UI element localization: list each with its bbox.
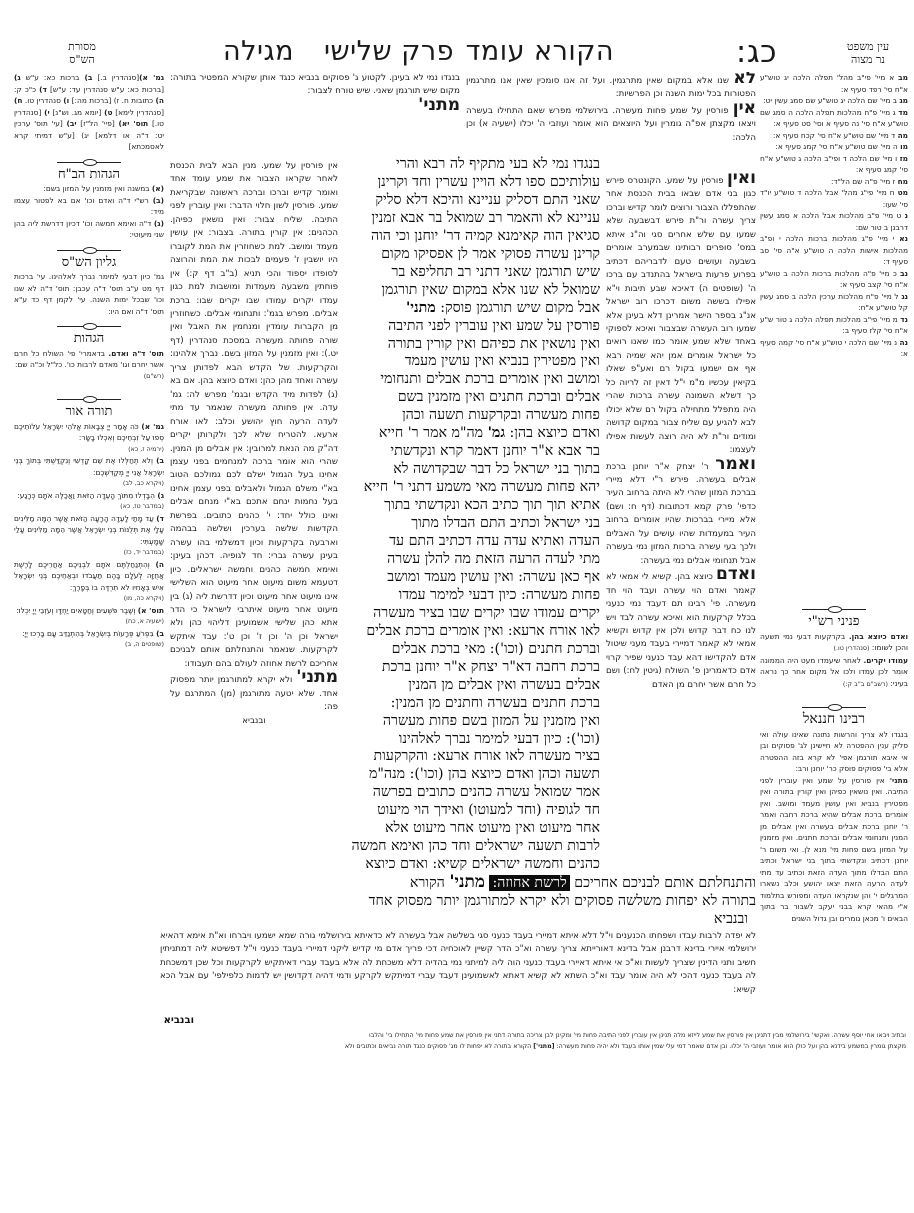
entry-text: ל מיי' פ"ח מהלכות ערכין הלכה ב סמג עשין … bbox=[760, 292, 908, 313]
dibur-hamatchil: ואין bbox=[727, 172, 756, 188]
entry-text: רש"י ד"ה ואדם וכו' אם בא לפטור עצמו מיד: bbox=[14, 196, 164, 217]
verse-text: עַד מָתַי לָעֵדָה הָרָעָה הַזֹּאת אֲשֶׁר… bbox=[14, 514, 164, 546]
rashi-text: אין פורסין על שמע. מנין הבא לבית הכנסת ל… bbox=[170, 160, 338, 671]
entry-mark: תוס' א) bbox=[138, 606, 164, 615]
tosafot-bottom: לא יפדה לרבות עבדו ושפחתו הכנענים וי"ל ד… bbox=[160, 930, 756, 1010]
entry-mark: ד) bbox=[156, 514, 164, 523]
gemara-bottom-lines: והתנחלתם אותם לבניכם אחריכם לרשת אחוזה: … bbox=[338, 874, 756, 932]
footer-text: הקורא בתורה לא יפחות לו מג' פסוקים כנגד … bbox=[345, 1043, 531, 1050]
entry-text: נ מיי' שם הלכה י טוש"ע א"ח סי' קמה סעיף … bbox=[760, 338, 908, 359]
entry-mark: (ב) bbox=[153, 196, 164, 205]
dibur-hamatchil: לא bbox=[733, 72, 756, 88]
ein-mishpat-entry: נא י מיי' פ"ג מהלכות ברכות הלכה י ופ"ב מ… bbox=[760, 233, 908, 268]
gemara-line: ואין מזמנין על המזון בשם פחות מעשרה bbox=[338, 713, 600, 731]
gemara-line: ואין נושאין את כפיהם ואין קורין בתורה bbox=[338, 336, 600, 354]
tosafot-paragraph: ואדם כיוצא בהן. קשיא לי אמאי לא קאמר ואד… bbox=[606, 568, 756, 692]
footer-catchword: ובנביא bbox=[154, 1008, 194, 1024]
entry-mark: מו bbox=[900, 142, 908, 151]
gemara-line: ובנביא bbox=[338, 911, 756, 929]
ein-mishpat-entry: נב כ מיי' פ"ה מהלכות ברכות הלכה ב טוש"ע … bbox=[760, 268, 908, 291]
gemara-line: בתורה לא יפחות משלשה פסוקים ולא יקרא למת… bbox=[338, 893, 756, 911]
entry-mark: ה) bbox=[156, 560, 164, 569]
gemara-line: לאו אורח ארעא: ואין אומרים ברכת אבלים bbox=[338, 623, 600, 641]
gemara-line: פורסין על שמע ואין עוברין לפני התיבה bbox=[338, 318, 600, 336]
ornament-divider-icon bbox=[57, 247, 121, 253]
entry-text: [יומא מג. וש"נ] bbox=[52, 108, 101, 117]
ein-mishpat-entry: מו ה מיי' שם טוש"ע א"ח סי' קמג סעיף א: bbox=[760, 141, 908, 153]
entry-text: י מיי' פ"ג מהלכות ברכות הלכה י ופ"ב מהלכ… bbox=[760, 234, 908, 266]
gemara-line: ואין מפטירין בנביא ואין עושין מעמד bbox=[338, 353, 600, 371]
gemara-line: ואדם כיוצא בהן: גמ' מה"מ אמר ר' חייא bbox=[338, 425, 600, 443]
entry-text: ד"ה ואימא חמשה וכו' דכיון דדרשת ליה בהן … bbox=[14, 219, 164, 240]
gemara-line: בציר מעשרה לאו אורח ארעא: והקרקעות bbox=[338, 748, 600, 766]
footer-line: ובתיב ויבאו אחי יוסף עשרה. ואקשי' בירושל… bbox=[8, 1030, 906, 1041]
gilyon-hashas-title: גליון הש"ס bbox=[14, 257, 164, 269]
ein-mishpat-entry: מב א מיי' פי"ב מהל' תפלה הלכה יג טוש"ע א… bbox=[760, 72, 908, 95]
gemara-line: אמר שמואל עשרה כהנים כתובים בפרשה bbox=[338, 784, 600, 802]
entry-mark: נד bbox=[900, 315, 908, 324]
gemara-line: פחות מעשרה: כיון דבעי למימר עמדו bbox=[338, 587, 600, 605]
mesoret-label-line1: מסורת bbox=[52, 40, 112, 53]
entry-mark: י) bbox=[44, 108, 50, 117]
right-margin-lower: פניני רש"י ואדם כיוצא בהן. בקרקעות דבעי … bbox=[760, 600, 908, 1200]
entry-text: ו מיי' שם הלכה ד ופי"ב הלכה ג טוש"ע א"ח … bbox=[760, 154, 908, 175]
entry-text: ז מיי' פ"ה שם הל"ד: bbox=[831, 177, 895, 186]
ein-mishpat-entry: נ ט מיי' פ"ב מהלכות אבל הלכה א סמג עשין … bbox=[760, 210, 908, 233]
gemara-line: יקרים עמודו שבו יקרים שבו בציר מעשרה bbox=[338, 605, 600, 623]
entry-source: (רש"ם) bbox=[14, 371, 164, 383]
gemara-line: תשעה וכהן ואדם כיוצא בהן (וכו'): מנה"מ bbox=[338, 766, 600, 784]
ein-mishpat-label: עין משפט נר מצוה bbox=[836, 40, 900, 66]
ornament-divider-icon bbox=[802, 606, 866, 612]
ein-mishpat-entry: נד מ מיי' פי"ב מהלכות תפלה הלכה ג טור ש"… bbox=[760, 314, 908, 337]
footer-text: מקצתן גומרין במשמע בידנא בהן ועל כולן הו… bbox=[557, 1043, 906, 1050]
gemara-label: גמ' bbox=[488, 425, 505, 441]
ein-mishpat-entry: מט ח מיי' פי"ג מהל' אבל הלכה ד טוש"ע יו"… bbox=[760, 187, 908, 210]
gemara-line: העדה ואתיא עדה עדה דכתיב התם עד bbox=[338, 533, 600, 551]
entry-text: סנהדרין טו. bbox=[25, 96, 61, 105]
verse-source: (ירמיה ז, כא) bbox=[14, 444, 164, 456]
torah-or-entry: ג) הִבָּדְלוּ מִתּוֹךְ הָעֵדָה הַזֹּאת ו… bbox=[14, 490, 164, 513]
gemara-line: בני ישראל וכתיב התם הבדלו מתוך bbox=[338, 515, 600, 533]
ornament-divider-icon bbox=[57, 159, 121, 165]
gemara-line: שיש תורגמן שאני דתני רב תחליפא בר bbox=[338, 264, 600, 282]
hagahot-bach-title: הגהות הב"ח bbox=[14, 169, 164, 181]
gemara-line: כהנים וחמשה ישראלים קשיא: ואדם כיוצא bbox=[338, 856, 600, 874]
tosafot-text: פורסין על שמע. הקונטרס פירש כגון בני אדם… bbox=[606, 176, 756, 455]
ornament-divider-icon bbox=[802, 704, 866, 710]
torah-or-entry: ה) וְהִתְנַחַלְתֶּם אֹתָם לִבְנֵיכֶם אַח… bbox=[14, 559, 164, 605]
pnei-rashi-entry: עמודו יקרים. לאחר שיעמדו מעט היה הממונה … bbox=[760, 655, 908, 691]
left-margin-column: גמ' א)[סנהדרין ב.] ב) ברכות כא: ע"ש ג) [… bbox=[14, 72, 164, 1072]
tosafot-text: כיוצא בהן. קשיא לי אמאי לא קאמר ואדם הוי… bbox=[606, 572, 756, 690]
entry-text: ברכות כא: ע"ש bbox=[26, 73, 80, 82]
rabbenu-chananel-text-2: מתני' אין פורסין על שמע ואין עוברין לפני… bbox=[760, 775, 908, 925]
verse-text: בִּפְרֹעַ פְּרָעוֹת בְּיִשְׂרָאֵל בְּהִת… bbox=[22, 629, 154, 638]
entry-mark: ב) bbox=[156, 629, 164, 638]
gemara-text: והתנחלתם אותם לבניכם אחריכם bbox=[574, 875, 756, 891]
gemara-text: הקורא bbox=[410, 875, 445, 891]
gemara-line: אבל מקום שיש תורגמן פוסק: מתני' bbox=[338, 300, 600, 318]
entry-mark: ד) bbox=[39, 85, 47, 94]
rashi-mishnah: מתני' bbox=[170, 99, 460, 115]
mishnah-label: מתני' bbox=[890, 776, 908, 785]
gemara-line: אבלים וברכת חתנים ואין מזמנין בשם bbox=[338, 389, 600, 407]
entry-mark: נה bbox=[900, 338, 908, 347]
verse-text: וְלֹא תְחַלְּלוּ אֶת שֵׁם קָדְשִׁי וְנִק… bbox=[14, 456, 164, 477]
hagahot-bach-entry: (ג) ד"ה ואימא חמשה וכו' דכיון דדרשת ליה … bbox=[14, 218, 164, 241]
gemara-line: אחר מיעוט ואין מיעוט אחר מיעוט אלא bbox=[338, 820, 600, 838]
mishnah-label: מתני' bbox=[449, 874, 485, 892]
tosafot-text: ר' יצחק א"ר יוחנן ברכת אבלים בעשרה. פירש… bbox=[606, 462, 756, 566]
entry-source: (רשב"ם ב"ב ק:) bbox=[843, 680, 888, 688]
hagahot-entry: תוס' ד"ה ואדם. בדאמרי' פי' השולח כל חרם … bbox=[14, 348, 164, 371]
entry-text: במשנה ואין מזמנין על המזון בשם: bbox=[43, 184, 149, 193]
entry-mark: ג) bbox=[157, 491, 164, 500]
ein-mishpat-label-line1: עין משפט bbox=[836, 40, 900, 53]
hagahot-bach-entry: (ב) רש"י ד"ה ואדם וכו' אם בא לפטור עצמו … bbox=[14, 195, 164, 218]
dibur-hamatchil: ואמר bbox=[715, 454, 756, 474]
dibur-hamatchil: אין bbox=[733, 98, 756, 118]
entry-mark: נ bbox=[905, 211, 908, 220]
perek-number: פרק שלישי bbox=[324, 36, 454, 68]
daf-number: כג: bbox=[736, 36, 777, 68]
torah-or-entry: גמ' א) כֹּה אָמַר יְיָ צְבָאוֹת אֱלֹהֵי … bbox=[14, 421, 164, 456]
entry-text: [פיי' הל"ז] bbox=[80, 119, 114, 128]
entry-heading: ואדם כיוצא בהן. bbox=[849, 632, 908, 641]
entry-text: ב מיי' שם הלכה יג טוש"ע שם סמג עשין יט: bbox=[763, 96, 897, 105]
mishnah-label: מתני' bbox=[296, 667, 338, 687]
entry-text: ה מיי' שם טוש"ע א"ח סי' קמג סעיף א: bbox=[775, 142, 897, 151]
mesoret-label-line2: הש"ס bbox=[52, 53, 112, 66]
gemara-line: שמואל לא שנו אלא במקום שאין תורגמן bbox=[338, 282, 600, 300]
catchword-text: ובנביא bbox=[164, 1015, 194, 1024]
tosafot-paragraph: לא שנו אלא במקום שאין מתרגמין. ועל זה אנ… bbox=[466, 72, 756, 102]
entry-mark: ה) bbox=[156, 96, 164, 105]
talmud-page: עין משפט נר מצוה כג: הקורא עומד פרק שליש… bbox=[0, 0, 914, 1213]
gemara-line: וברכת חתנים (וכו'): מאי ברכת אבלים bbox=[338, 641, 600, 659]
gemara-line: אף כאן עשרה: ואין עושין מעמד ומושב bbox=[338, 569, 600, 587]
verse-text: וְהִתְנַחַלְתֶּם אֹתָם לִבְנֵיכֶם אַחֲרֵ… bbox=[14, 560, 164, 592]
gemara-line: מתי לעדה הרעה הזאת מה להלן עשרה bbox=[338, 551, 600, 569]
entry-text: ג מיי' פ"ח מהלכות תפלה הלכה ה סמג שם טוש… bbox=[760, 108, 908, 129]
rabbenu-chananel-continued: אין פורסין על שמע ואין עוברין לפני התיבה… bbox=[760, 776, 908, 923]
verse-source: (ויקרא כב, לב) bbox=[14, 478, 164, 490]
highlighted-phrase: לרשת אחוזה: bbox=[489, 875, 569, 891]
entry-mark: ב) bbox=[156, 456, 164, 465]
entry-mark: גמ' א) bbox=[141, 422, 164, 431]
ein-mishpat-entry: מה ד מיי' שם טוש"ע א"ח סי' קכח סעיף א: bbox=[760, 130, 908, 142]
entry-mark: נג bbox=[901, 292, 908, 301]
mishnah-label: [מתני'] bbox=[533, 1043, 554, 1050]
gemara-line: פחות מעשרה ובקרקעות תשעה וכהן bbox=[338, 407, 600, 425]
entry-mark: נא bbox=[899, 234, 908, 243]
gemara-text: אבל מקום שיש תורגמן פוסק: bbox=[440, 300, 600, 316]
verse-source: (במדבר טז, כא) bbox=[14, 501, 164, 513]
perek-name: הקורא עומד bbox=[466, 36, 614, 68]
gemara-line: עניינא לא והאמר רב שמואל בר אבא זמנין bbox=[338, 210, 600, 228]
rashi-mishnah-2: מתני' ולא יקרא למתורגמן יותר מפסוק אחד. … bbox=[170, 671, 338, 714]
tosafot-paragraph: ואמר ר' יצחק א"ר יוחנן ברכת אבלים בעשרה.… bbox=[606, 458, 756, 569]
gemara-line: שאני התם דסליק עניינא והיכא דלא סליק bbox=[338, 192, 600, 210]
verse-text: הִבָּדְלוּ מִתּוֹךְ הָעֵדָה הַזֹּאת וַאֲ… bbox=[17, 491, 155, 500]
tosafot-paragraph: ואין פורסין על שמע. הקונטרס פירש כגון בנ… bbox=[606, 172, 756, 458]
entry-mark: נב bbox=[900, 269, 908, 278]
footer-line: מקצתן גומרין במשמע בידנא בהן ועל כולן הו… bbox=[8, 1041, 906, 1052]
entry-mark: ו) bbox=[63, 96, 69, 105]
rabbenu-chananel-text: בנגדו לא צריך והרשות נתונה שאינו עולה וא… bbox=[760, 729, 908, 775]
tosafot-paragraph: אין פורסין על שמע פחות מעשרה. בירושלמי מ… bbox=[466, 102, 756, 145]
ein-mishpat-entry: נה נ מיי' שם הלכה י טוש"ע א"ח סי' קמה סע… bbox=[760, 337, 908, 360]
gemara-line: ברכת רחבה דא"ר יצחק א"ר יוחנן ברכת bbox=[338, 659, 600, 677]
entry-mark: מב bbox=[898, 73, 908, 82]
ornament-divider-icon bbox=[57, 396, 121, 402]
entry-mark: ב) bbox=[84, 73, 92, 82]
entry-text: [ברכות כא: ע"ש סנהדרין עד: ע"ש] bbox=[50, 85, 164, 94]
gemara-line: סגיאין הוה קאימנא קמיה דר' יוחנן וכי הוה bbox=[338, 228, 600, 246]
ein-mishpat-entry: מז ו מיי' שם הלכה ד ופי"ב הלכה ג טוש"ע א… bbox=[760, 153, 908, 176]
verse-source: (ויקרא כה, מו) bbox=[14, 593, 164, 605]
entry-mark: גמ' א) bbox=[139, 73, 164, 82]
ein-mishpat-entry: נג ל מיי' פ"ח מהלכות ערכין הלכה ב סמג עש… bbox=[760, 291, 908, 314]
ein-mishpat-entry: מח ז מיי' פ"ה שם הל"ד: bbox=[760, 176, 908, 188]
mesoret-hashas-label: מסורת הש"ס bbox=[52, 40, 112, 66]
mishnah-label: מתני' bbox=[418, 95, 460, 115]
tosafot-text: שנו אלא במקום שאין מתרגמין. ועל זה אנו ס… bbox=[466, 76, 756, 99]
entry-text: ח מיי' פי"ג מהל' אבל הלכה ד טוש"ע יו"ד ס… bbox=[760, 188, 908, 209]
gemara-line: ברכת חתנים בעשרה וחתנים מן המנין: bbox=[338, 695, 600, 713]
entry-source: (סנהדרין טו.) bbox=[833, 644, 869, 652]
rashi-top: בנגדו נמי לא בעינן. לקטוע ג' פסוקים בנבי… bbox=[170, 72, 460, 160]
entry-mark: יב) bbox=[66, 119, 76, 128]
pnei-rashi-entry: ואדם כיוצא בהן. בקרקעות דבעי נמי תשעה וה… bbox=[760, 631, 908, 655]
gemara-line: עולותיכם ספו דלא הויין עשרין וחד וקרינן bbox=[338, 174, 600, 192]
gemara-line: אתיא תוך תוך כתיב הכא ונקדשתי בתוך bbox=[338, 497, 600, 515]
torah-or-entry: ד) עַד מָתַי לָעֵדָה הָרָעָה הַזֹּאת אֲש… bbox=[14, 513, 164, 559]
rabbenu-chananel-title: רבינו חננאל bbox=[760, 714, 908, 726]
entry-text: ט מיי' פ"ב מהלכות אבל הלכה א סמג עשין דר… bbox=[760, 211, 908, 232]
verse-source: (במדבר יד, כז) bbox=[14, 547, 164, 559]
hagahot-title: הגהות bbox=[14, 333, 164, 345]
verse-source: (ישעיה א, כח) bbox=[14, 616, 164, 628]
entry-mark: מג bbox=[899, 96, 908, 105]
dibur-hamatchil: ואדם bbox=[716, 564, 756, 584]
ein-mishpat-entry: מג ב מיי' שם הלכה יג טוש"ע שם סמג עשין י… bbox=[760, 95, 908, 107]
ornament-divider-icon bbox=[57, 323, 121, 329]
entry-mark: (א) bbox=[152, 184, 164, 193]
entry-text: ד מיי' שם טוש"ע א"ח סי' קכח סעיף א: bbox=[773, 131, 895, 140]
torah-or-title: תורה אור bbox=[14, 406, 164, 418]
entry-text: [סנהדרין ב.] bbox=[97, 73, 139, 82]
ein-mishpat-column: מב א מיי' פי"ב מהל' תפלה הלכה יג טוש"ע א… bbox=[760, 72, 908, 552]
gilyon-hashas-text: גמ' כיון דבעי למימר נברך לאלהינו. עי' בר… bbox=[14, 271, 164, 317]
rashi-text: בנגדו נמי לא בעינן. לקטוע ג' פסוקים בנבי… bbox=[170, 72, 460, 99]
entry-mark: ט) bbox=[104, 108, 112, 117]
torah-or-entry: תוס' א) וְשֶׁבֶר פֹּשְׁעִים וְחַטָּאִים … bbox=[14, 605, 164, 628]
entry-mark: תוס' יא) bbox=[118, 119, 148, 128]
tosafot-text: לא יפדה לרבות עבדו ושפחתו הכנענים וי"ל ד… bbox=[160, 930, 756, 997]
hagahot-bach-entry: (א) במשנה ואין מזמנין על המזון בשם: bbox=[14, 183, 164, 195]
gemara-line: בתוך בני ישראל כל דבר שבקדושה לא bbox=[338, 461, 600, 479]
entry-text: א מיי' פי"ב מהל' תפלה הלכה יג טוש"ע א"ח … bbox=[760, 73, 908, 94]
entry-mark: ג) bbox=[14, 73, 21, 82]
torah-or-entry: ב) וְלֹא תְחַלְּלוּ אֶת שֵׁם קָדְשִׁי וְ… bbox=[14, 455, 164, 490]
rashi-column: אין פורסין על שמע. מנין הבא לבית הכנסת ל… bbox=[170, 160, 338, 850]
verse-source: (שופטים ה, ב) bbox=[14, 639, 164, 651]
verse-text: וְשֶׁבֶר פֹּשְׁעִים וְחַטָּאִים יַחְדָּו… bbox=[16, 606, 135, 615]
masechet-name: מגילה bbox=[223, 36, 294, 68]
gemara-line: לרבות תשעה ישראלים וחד כהן ואימא חמשה bbox=[338, 838, 600, 856]
tosafot-column: ואין פורסין על שמע. הקונטרס פירש כגון בנ… bbox=[606, 172, 756, 832]
gemara-line: והתנחלתם אותם לבניכם אחריכם לרשת אחוזה: … bbox=[338, 874, 756, 893]
torah-or-entry: ב) בִּפְרֹעַ פְּרָעוֹת בְּיִשְׂרָאֵל בְּ… bbox=[14, 628, 164, 651]
tosafot-text: פורסין על שמע פחות מעשרה. בירושלמי מפרש … bbox=[466, 106, 756, 143]
entry-mark: מד bbox=[898, 108, 908, 117]
ein-mishpat-label-line2: נר מצוה bbox=[836, 53, 900, 66]
catchword: ובנביא bbox=[170, 715, 338, 728]
footer-rabbenu-chananel-continuation: ובתיב ויבאו אחי יוסף עשרה. ואקשי' בירושל… bbox=[8, 1030, 906, 1060]
pnei-rashi-title: פניני רש"י bbox=[760, 616, 908, 628]
gemara-line: (וכו'): כיון דבעי למימר נברך לאלהינו bbox=[338, 731, 600, 749]
gemara-text: מה"מ אמר ר' חייא bbox=[379, 425, 483, 441]
ein-mishpat-entry: מד ג מיי' פ"ח מהלכות תפלה הלכה ה סמג שם … bbox=[760, 107, 908, 130]
gemara-line: קרינן עשרה פסוקי אמר לן אפסיקו מקום bbox=[338, 246, 600, 264]
entry-text: [סנהדרין לימא] bbox=[115, 108, 164, 117]
entry-heading: עמודו יקרים. bbox=[863, 656, 908, 665]
entry-text: כ"כ ק: bbox=[14, 85, 36, 94]
entry-mark: מה bbox=[898, 131, 908, 140]
mesoret-hashas: גמ' א)[סנהדרין ב.] ב) ברכות כא: ע"ש ג) [… bbox=[14, 72, 164, 153]
gemara-line: ומושב ואין אומרים ברכת אבלים ותנחומי bbox=[338, 371, 600, 389]
entry-heading: תוס' ד"ה ואדם. bbox=[108, 349, 164, 358]
entry-text: כתובות ח. ז) [ברכות מה:] bbox=[72, 96, 153, 105]
entry-mark: מח bbox=[898, 177, 908, 186]
mishnah-label: מתני' bbox=[406, 300, 436, 316]
entry-mark: ח) bbox=[14, 96, 22, 105]
gemara-line: חד לגופיה (וחד למעוטו) ואידך הוי מיעוט bbox=[338, 802, 600, 820]
entry-mark: מז bbox=[900, 154, 908, 163]
gemara-main-text: בנגדו נמי לא בעי מתקיף לה רבא והרי עולות… bbox=[338, 156, 600, 874]
gemara-line: יהא פחות מעשרה מאי משמע דתני ר' חייא bbox=[338, 479, 600, 497]
entry-text: מ מיי' פי"ב מהלכות תפלה הלכה ג טור ש"ע א… bbox=[760, 315, 908, 336]
gemara-text: ואדם כיוצא בהן: bbox=[510, 425, 600, 441]
entry-text: כ מיי' פ"ה מהלכות ברכות הלכה ב טוש"ע א"ח… bbox=[760, 269, 908, 290]
gemara-line: בר אבא א"ר יוחנן דאמר קרא ונקדשתי bbox=[338, 443, 600, 461]
entry-mark: מט bbox=[898, 188, 908, 197]
gemara-line: אבלים בעשרה ואין אבלים מן המנין bbox=[338, 677, 600, 695]
entry-mark: (ג) bbox=[154, 219, 164, 228]
